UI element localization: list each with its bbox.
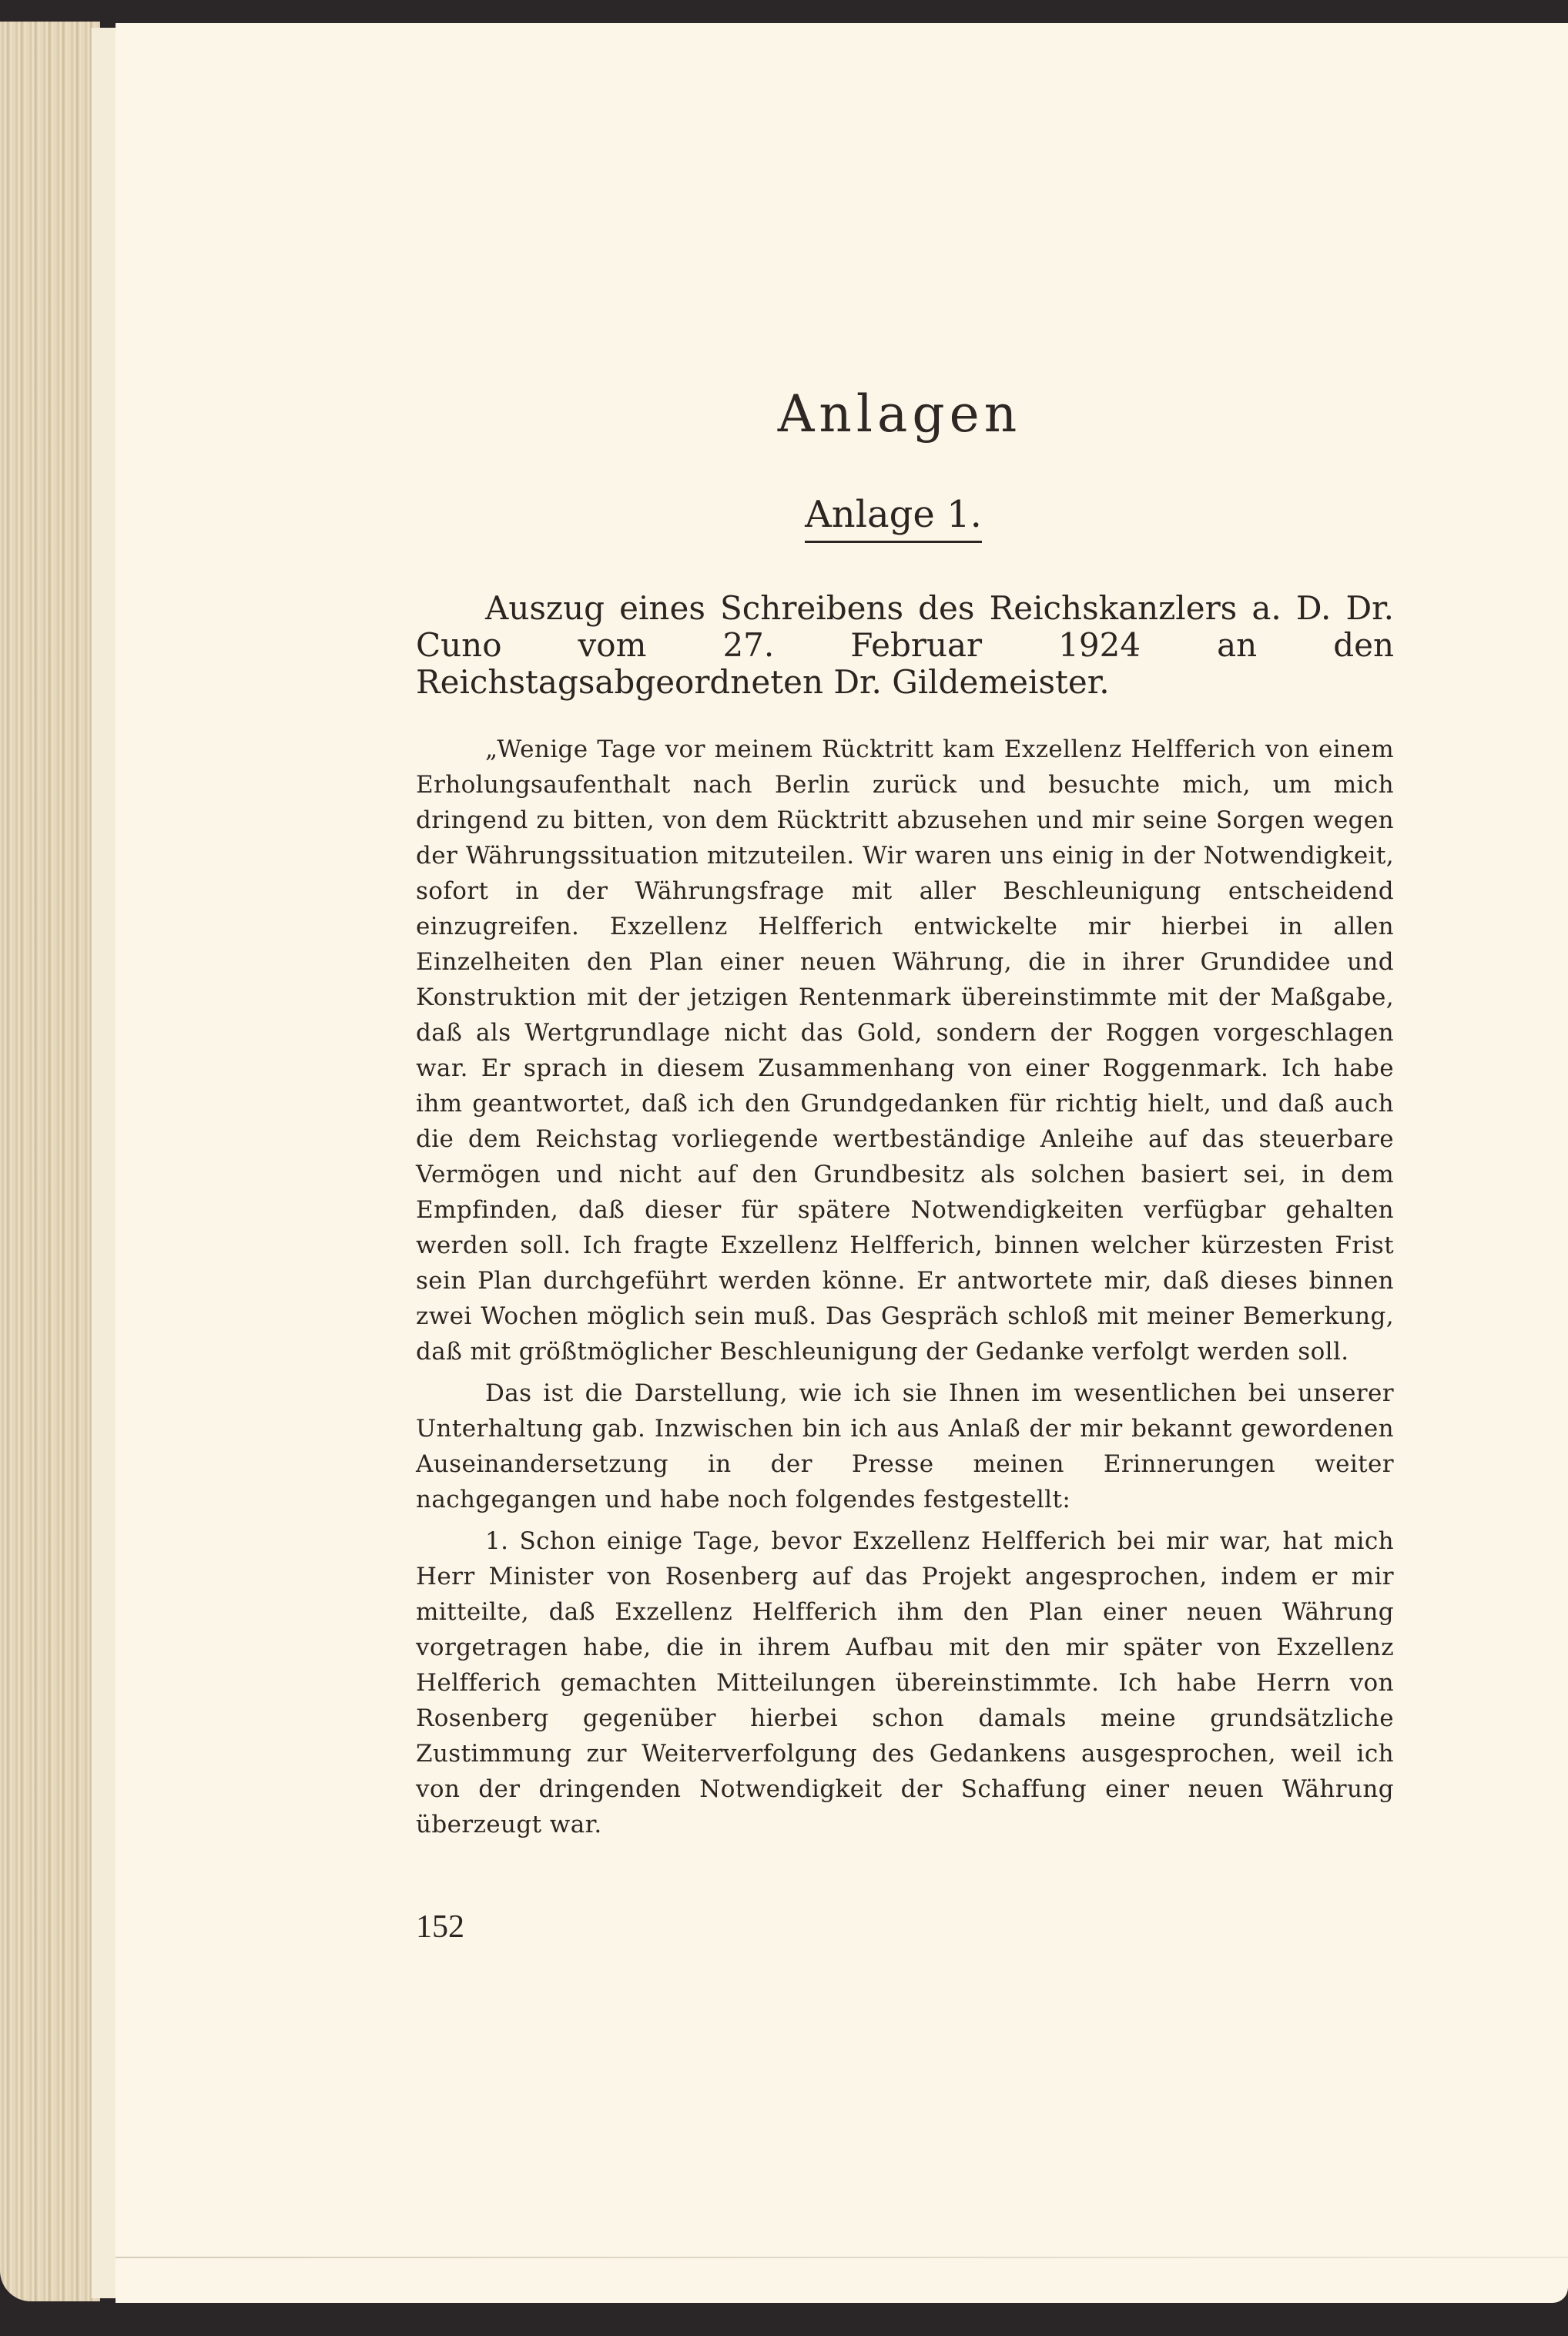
book-page-fold xyxy=(91,28,118,2298)
appendix-heading: Anlage 1. xyxy=(801,493,986,543)
scan-background-top xyxy=(0,0,1568,25)
paragraph: Das ist die Darstellung, wie ich sie Ihn… xyxy=(416,1376,1394,1517)
page-number: 152 xyxy=(416,1909,464,1946)
appendix-number: Anlage 1. xyxy=(805,493,982,543)
paragraph: „Wenige Tage vor meinem Rücktritt kam Ex… xyxy=(416,732,1394,1369)
page-title: Anlagen xyxy=(0,384,1568,444)
document-excerpt-heading: Auszug eines Schreibens des Reichskanzle… xyxy=(416,590,1394,701)
body-text: „Wenige Tage vor meinem Rücktritt kam Ex… xyxy=(416,732,1394,1848)
scan-background-bottom xyxy=(0,2303,1568,2336)
book-page-edges xyxy=(0,22,100,2301)
paragraph: 1. Schon einige Tage, bevor Exzellenz He… xyxy=(416,1523,1394,1842)
